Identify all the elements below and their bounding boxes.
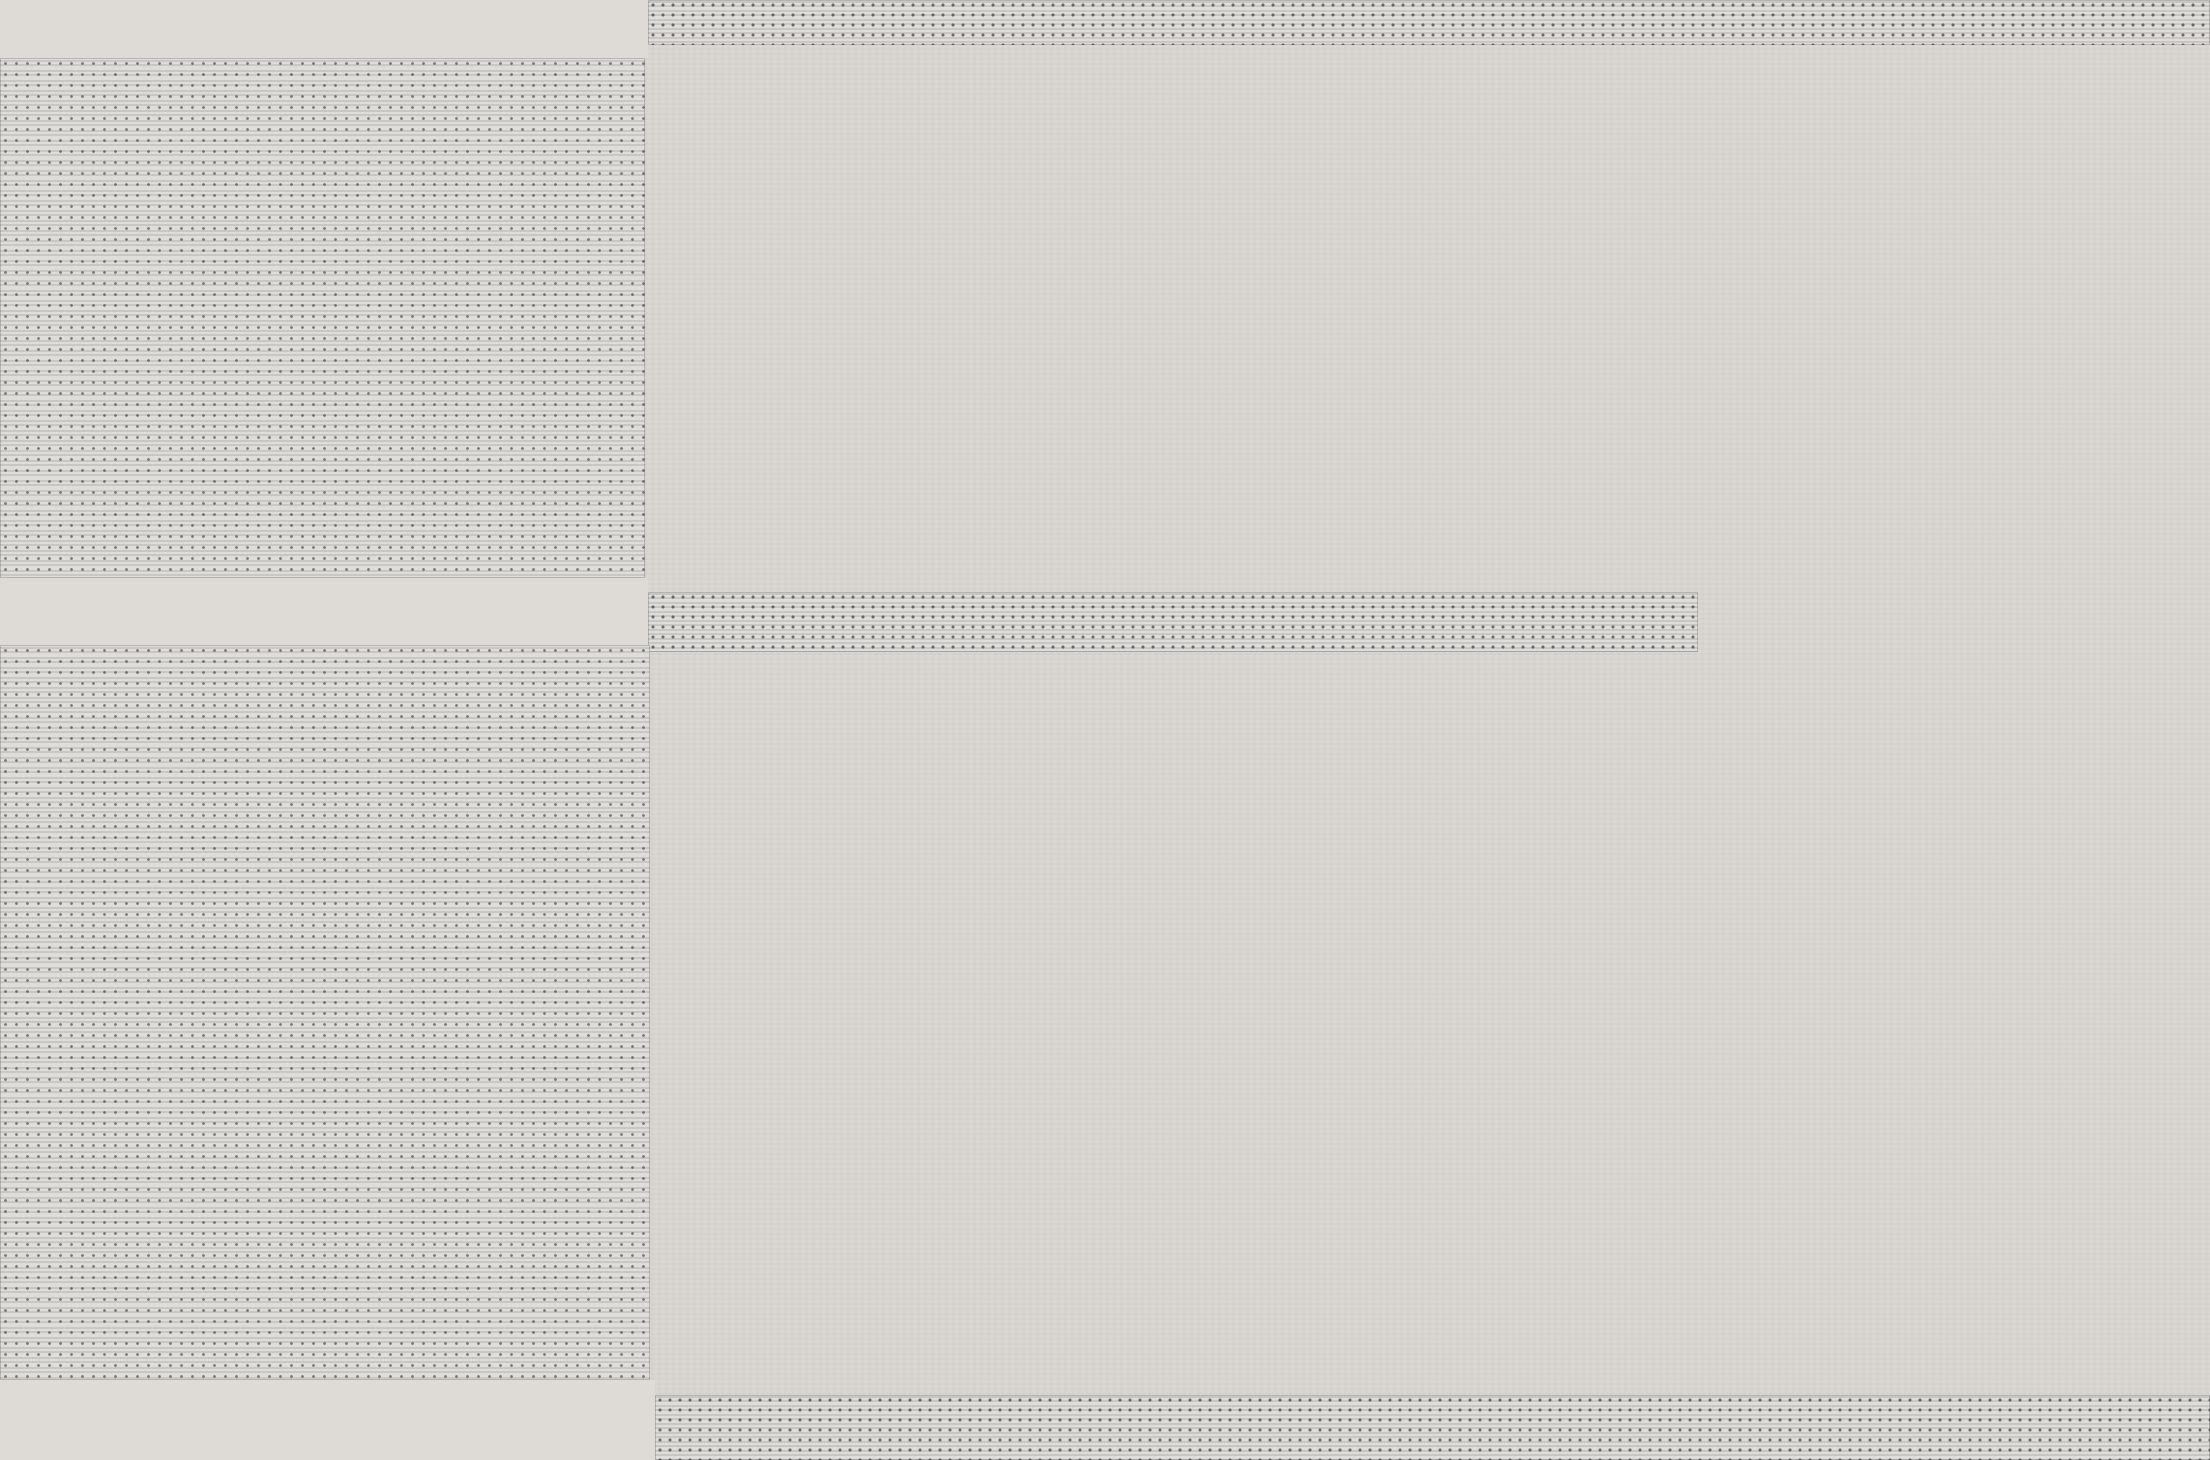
light-band-top-left — [0, 0, 648, 58]
top-band-loop-panel — [648, 0, 2210, 45]
center-strip-loop-panel — [648, 592, 1698, 652]
light-band-middle-left — [0, 578, 648, 645]
top-left-loop-panel — [0, 58, 645, 578]
bottom-left-loop-panel — [0, 645, 650, 1380]
bottom-band-loop-panel — [655, 1395, 2210, 1460]
rug-photo — [0, 0, 2210, 1460]
light-band-bottom-left — [0, 1380, 655, 1460]
